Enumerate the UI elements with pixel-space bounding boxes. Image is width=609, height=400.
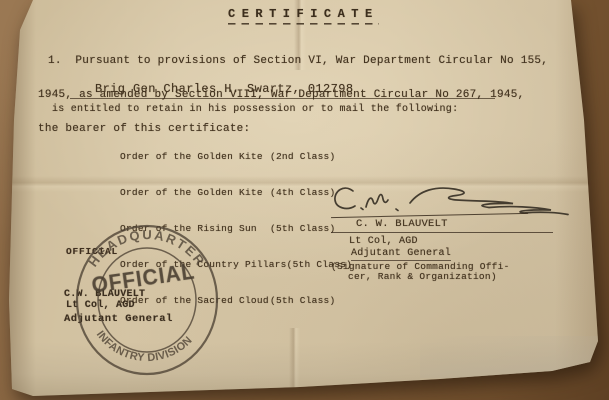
order-name: Order of the Golden Kite: [120, 151, 270, 163]
entitlement-line: is entitled to retain in his possession …: [52, 104, 458, 115]
signer-name: C. W. BLAUVELT: [331, 218, 553, 233]
signer-rank: Lt Col, AGD: [349, 236, 418, 247]
official-round-stamp: HEADQUARTERS INFANTRY DIVISION: [36, 188, 258, 400]
paper-corner-highlight: [420, 336, 605, 378]
photo-of-certificate: CERTIFICATE 1. Pursuant to provisions of…: [0, 0, 609, 400]
stamp-arc-bottom-text: INFANTRY DIVISION: [94, 329, 195, 364]
order-class: (5th Class): [270, 223, 335, 235]
signature-caption-line-2: cer, Rank & Organization): [348, 271, 497, 282]
certificate-title: CERTIFICATE: [228, 7, 379, 25]
paragraph-line-1: 1. Pursuant to provisions of Section VI,…: [48, 56, 548, 67]
paper-shadow-wrap: CERTIFICATE 1. Pursuant to provisions of…: [0, 0, 609, 400]
stamp-arc-top-text: HEADQUARTERS: [36, 188, 209, 270]
order-class: (5th Class): [270, 295, 335, 307]
order-class: (4th Class): [270, 187, 335, 199]
signer-title: Adjutant General: [351, 248, 451, 261]
order-row: Order of the Golden Kite (2nd Class): [120, 151, 352, 163]
order-class: (2nd Class): [270, 151, 335, 163]
paper-left-edge-shading: [6, 0, 36, 400]
fold-crease-bottom-vertical: [289, 328, 300, 390]
certificate-paper: CERTIFICATE 1. Pursuant to provisions of…: [0, 0, 609, 400]
bearer-name-line: Brig Gen Charles H. Swartz, 012798: [70, 82, 495, 99]
